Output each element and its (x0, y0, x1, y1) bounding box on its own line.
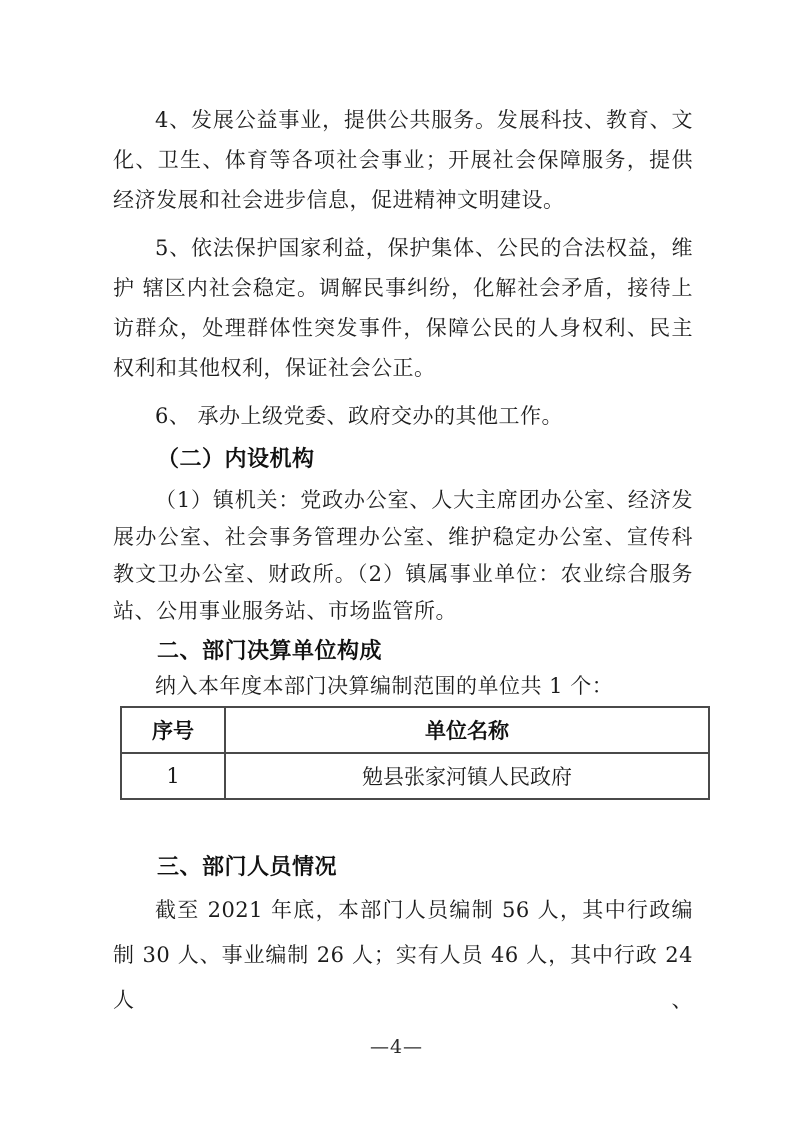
units-table-row: 1 勉县张家河镇人民政府 (121, 753, 709, 799)
paragraph-public-services: 4、发展公益事业，提供公共服务。发展科技、教育、文化、卫生、体育等各项社会事业；… (113, 100, 693, 220)
paragraph-other-tasks: 6、 承办上级党委、政府交办的其他工作。 (113, 396, 693, 436)
units-table: 序号 单位名称 1 勉县张家河镇人民政府 (120, 706, 710, 800)
paragraph-legal-protection: 5、依法保护国家利益，保护集体、公民的合法权益，维护 辖区内社会稳定。调解民事纠… (113, 228, 693, 388)
heading-unit-composition: 二、部门决算单位构成 (113, 632, 693, 672)
units-table-cell-unit-name: 勉县张家河镇人民政府 (225, 753, 709, 799)
paragraph-internal-organization: （1）镇机关：党政办公室、人大主席团办公室、经济发展办公室、社会事务管理办公室、… (113, 482, 693, 630)
page-number: —4— (0, 1036, 793, 1058)
paragraph-personnel: 截至 2021 年底，本部门人员编制 56 人，其中行政编制 30 人、事业编制… (113, 888, 693, 1023)
heading-personnel: 三、部门人员情况 (113, 848, 693, 888)
document-content: 4、发展公益事业，提供公共服务。发展科技、教育、文化、卫生、体育等各项社会事业；… (113, 0, 693, 1023)
document-page: 4、发展公益事业，提供公共服务。发展科技、教育、文化、卫生、体育等各项社会事业；… (0, 0, 793, 1122)
paragraph-unit-scope: 纳入本年度本部门决算编制范围的单位共 1 个： (113, 668, 693, 704)
units-table-header-index: 序号 (121, 707, 225, 753)
units-table-header-row: 序号 单位名称 (121, 707, 709, 753)
heading-internal-organization: （二）内设机构 (113, 440, 693, 480)
units-table-cell-index: 1 (121, 753, 225, 799)
units-table-header-unit-name: 单位名称 (225, 707, 709, 753)
